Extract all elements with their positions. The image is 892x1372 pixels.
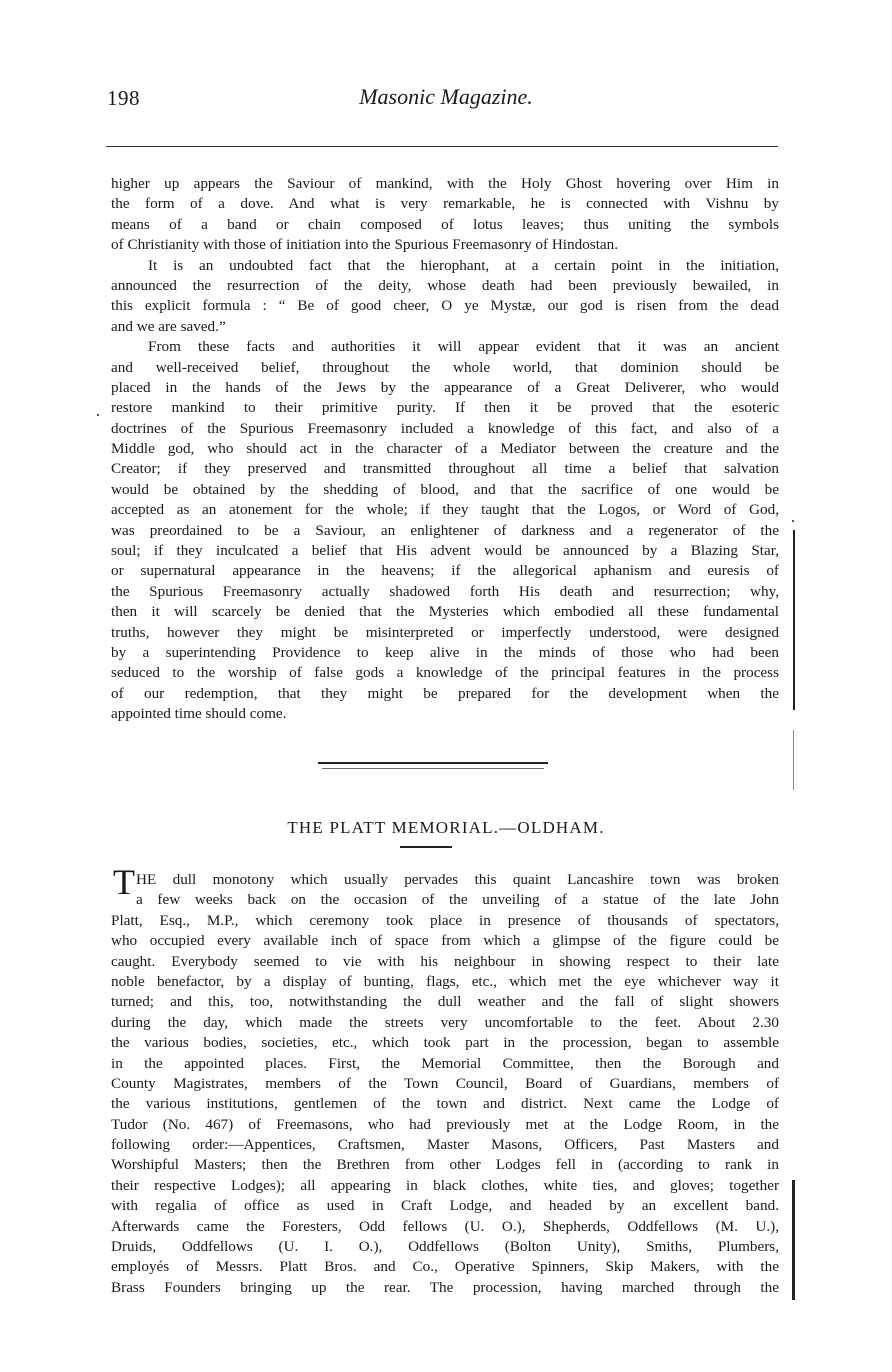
header-rule [106, 146, 778, 147]
text-line: seduced to the worship of false gods a k… [111, 663, 779, 683]
text-line: It is an undoubted fact that the hieroph… [111, 256, 779, 276]
text-line: would be obtained by the shedding of blo… [111, 480, 779, 500]
text-line: soul; if they inculcated a belief that H… [111, 541, 779, 561]
text-line: means of a band or chain composed of lot… [111, 215, 779, 235]
text-line: Middle god, who should act in the charac… [111, 439, 779, 459]
magazine-page: 198 Masonic Magazine. higher up appears … [0, 0, 892, 1372]
text-line: truths, however they might be misinterpr… [111, 623, 779, 643]
text-line: who occupied every available inch of spa… [111, 931, 779, 951]
text-line: employés of Messrs. Platt Bros. and Co.,… [111, 1257, 779, 1277]
text-line: the form of a dove. And what is very rem… [111, 194, 779, 214]
text-line: or supernatural appearance in the heaven… [111, 561, 779, 581]
text-line: with regalia of office as used in Craft … [111, 1196, 779, 1216]
text-line: appointed time should come. [111, 704, 779, 724]
text-line: announced the resurrection of the deity,… [111, 276, 779, 296]
text-line: a few weeks back on the occasion of the … [111, 890, 779, 910]
text-line: by a superintending Providence to keep a… [111, 643, 779, 663]
title-underline-rule [400, 846, 452, 848]
text-line: this explicit formula : “ Be of good che… [111, 296, 779, 316]
text-line: placed in the hands of the Jews by the a… [111, 378, 779, 398]
article-continued-text: higher up appears the Saviour of mankind… [111, 174, 779, 725]
text-line: turned; and this, too, notwithstanding t… [111, 992, 779, 1012]
running-title: Masonic Magazine. [0, 84, 892, 110]
text-line: accepted as an atonement for the whole; … [111, 500, 779, 520]
text-line: and well-received belief, throughout the… [111, 358, 779, 378]
text-line: of our redemption, that they might be pr… [111, 684, 779, 704]
text-line: doctrines of the Spurious Freemasonry in… [111, 419, 779, 439]
text-line: Creator; if they preserved and transmitt… [111, 459, 779, 479]
text-line: From these facts and authorities it will… [111, 337, 779, 357]
text-line: the various bodies, societies, etc., whi… [111, 1033, 779, 1053]
text-line: following order:—Appentices, Craftsmen, … [111, 1135, 779, 1155]
text-line: noble benefactor, by a display of buntin… [111, 972, 779, 992]
text-line: in the appointed places. First, the Memo… [111, 1054, 779, 1074]
text-line: HE dull monotony which usually pervades … [111, 870, 779, 890]
text-line: Brass Founders bringing up the rear. The… [111, 1278, 779, 1298]
text-line: during the day, which made the streets v… [111, 1013, 779, 1033]
text-line: Druids, Oddfellows (U. I. O.), Oddfellow… [111, 1237, 779, 1257]
text-line: their respective Lodges); all appearing … [111, 1176, 779, 1196]
article-body-text: HE dull monotony which usually pervades … [111, 870, 779, 1298]
scan-speck [792, 520, 794, 522]
text-line: Worshipful Masters; then the Brethren fr… [111, 1155, 779, 1175]
text-line: Platt, Esq., M.P., which ceremony took p… [111, 911, 779, 931]
text-line: restore mankind to their primitive purit… [111, 398, 779, 418]
text-line: Tudor (No. 467) of Freemasons, who had p… [111, 1115, 779, 1135]
text-line: and we are saved.” [111, 317, 779, 337]
text-line: higher up appears the Saviour of mankind… [111, 174, 779, 194]
text-line: caught. Everybody seemed to vie with his… [111, 952, 779, 972]
article-title: THE PLATT MEMORIAL.—OLDHAM. [0, 818, 892, 838]
text-line: the Spurious Freemasonry actually shadow… [111, 582, 779, 602]
text-line: County Magistrates, members of the Town … [111, 1074, 779, 1094]
text-line: was preordained to be a Saviour, an enli… [111, 521, 779, 541]
text-line: then it will scarcely be denied that the… [111, 602, 779, 622]
text-line: the various institutions, gentlemen of t… [111, 1094, 779, 1114]
section-separator-rule-thin [322, 768, 544, 769]
scan-speck [97, 414, 99, 416]
text-line: of Christianity with those of initiation… [111, 235, 779, 255]
margin-scan-bar [792, 1180, 795, 1300]
text-line: Afterwards came the Foresters, Odd fello… [111, 1217, 779, 1237]
margin-scan-bar [793, 730, 794, 790]
margin-scan-bar [793, 530, 795, 710]
section-separator-rule [318, 762, 548, 764]
